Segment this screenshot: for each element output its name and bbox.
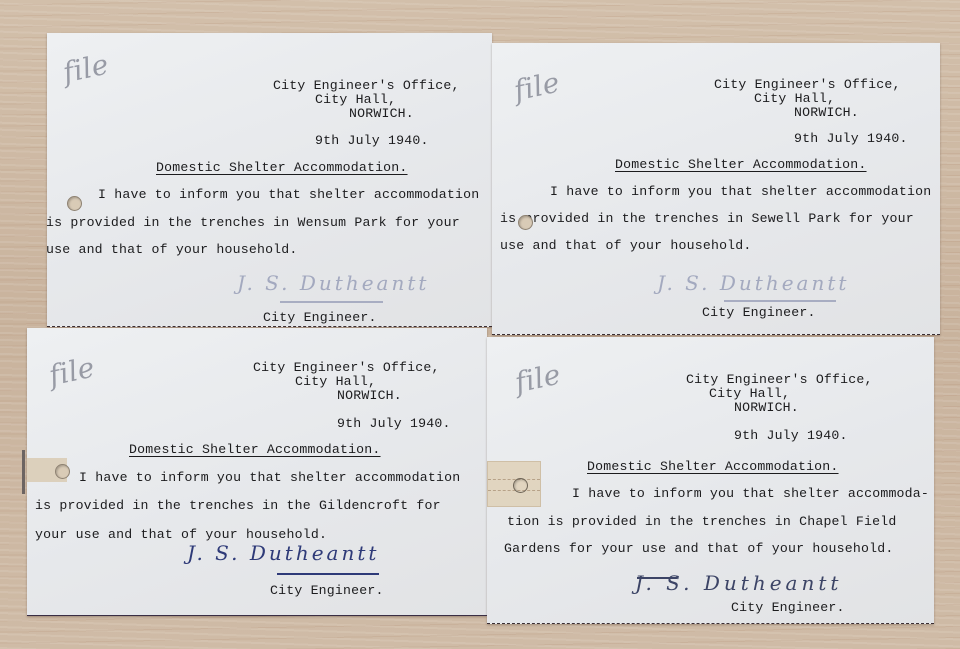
body-line-2: is provided in the trenches in Wensum Pa… bbox=[46, 216, 460, 229]
handwritten-signature: J. S. Dutheantt bbox=[657, 273, 849, 293]
body-line-1: I have to inform you that shelter accomm… bbox=[572, 487, 929, 500]
body-line-3: Gardens for your use and that of your ho… bbox=[504, 542, 893, 555]
address-line-2: City Hall, bbox=[754, 92, 835, 105]
punch-hole bbox=[67, 196, 82, 211]
signatory-title: City Engineer. bbox=[263, 311, 377, 324]
signatory-title: City Engineer. bbox=[702, 306, 816, 319]
letter-date: 9th July 1940. bbox=[794, 132, 908, 145]
address-line-2: City Hall, bbox=[295, 375, 376, 388]
pencil-file-mark: file bbox=[513, 361, 563, 398]
body-line-1: I have to inform you that shelter accomm… bbox=[550, 185, 931, 198]
letter-title: Domestic Shelter Accommodation. bbox=[587, 460, 839, 473]
address-line-1: City Engineer's Office, bbox=[273, 79, 460, 92]
address-line-1: City Engineer's Office, bbox=[714, 78, 901, 91]
signature-rule bbox=[637, 577, 677, 579]
pencil-file-mark: file bbox=[61, 51, 111, 88]
letter-date: 9th July 1940. bbox=[315, 134, 429, 147]
address-line-2: City Hall, bbox=[709, 387, 790, 400]
letter-date: 9th July 1940. bbox=[734, 429, 848, 442]
address-line-2: City Hall, bbox=[315, 93, 396, 106]
body-line-3: use and that of your household. bbox=[500, 239, 752, 252]
address-line-3: NORWICH. bbox=[337, 389, 402, 402]
punch-hole bbox=[55, 464, 70, 479]
body-line-2: is provided in the trenches in Sewell Pa… bbox=[500, 212, 914, 225]
letter-title: Domestic Shelter Accommodation. bbox=[129, 443, 381, 456]
handwritten-signature: J. S. Dutheantt bbox=[237, 273, 429, 293]
address-line-3: NORWICH. bbox=[734, 401, 799, 414]
letter-date: 9th July 1940. bbox=[337, 417, 451, 430]
pencil-file-mark: file bbox=[47, 354, 97, 391]
punch-hole bbox=[513, 478, 528, 493]
shelter-card-sewell-park: file City Engineer's Office, City Hall, … bbox=[492, 43, 940, 335]
letter-title: Domestic Shelter Accommodation. bbox=[156, 161, 408, 174]
signatory-title: City Engineer. bbox=[731, 601, 845, 614]
body-line-3: use and that of your household. bbox=[46, 243, 298, 256]
address-line-1: City Engineer's Office, bbox=[686, 373, 873, 386]
shelter-card-wensum-park: file City Engineer's Office, City Hall, … bbox=[47, 33, 492, 327]
handwritten-signature: J. S. Dutheantt bbox=[635, 573, 842, 593]
signature-rule bbox=[724, 300, 836, 302]
shelter-card-gildencroft: file City Engineer's Office, City Hall, … bbox=[27, 328, 487, 616]
body-line-2: is provided in the trenches in the Gilde… bbox=[35, 499, 441, 512]
staple-mark bbox=[22, 450, 25, 494]
signatory-title: City Engineer. bbox=[270, 584, 384, 597]
pencil-file-mark: file bbox=[512, 69, 562, 106]
body-line-1: I have to inform you that shelter accomm… bbox=[79, 471, 460, 484]
body-line-3: your use and that of your household. bbox=[35, 528, 327, 541]
address-line-3: NORWICH. bbox=[794, 106, 859, 119]
signature-rule bbox=[280, 301, 383, 303]
handwritten-signature: J. S. Dutheantt bbox=[187, 543, 379, 563]
address-line-1: City Engineer's Office, bbox=[253, 361, 440, 374]
signature-rule bbox=[277, 573, 379, 575]
shelter-card-chapel-field-gardens: file City Engineer's Office, City Hall, … bbox=[487, 337, 934, 624]
letter-title: Domestic Shelter Accommodation. bbox=[615, 158, 867, 171]
body-line-2: tion is provided in the trenches in Chap… bbox=[507, 515, 896, 528]
body-line-1: I have to inform you that shelter accomm… bbox=[98, 188, 479, 201]
punch-hole bbox=[518, 215, 533, 230]
address-line-3: NORWICH. bbox=[349, 107, 414, 120]
